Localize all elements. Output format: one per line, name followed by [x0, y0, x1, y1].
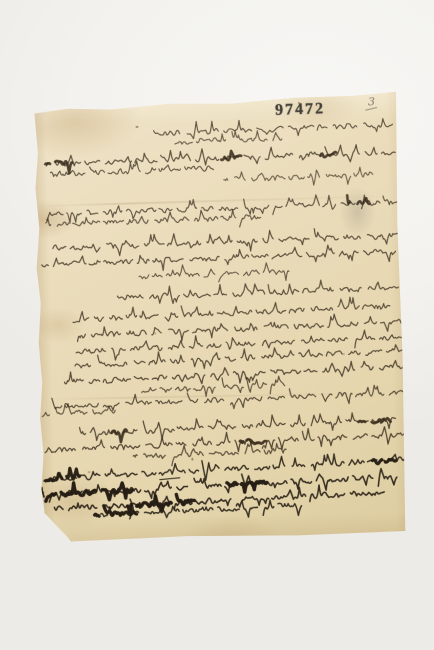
ink-speck	[88, 471, 91, 473]
paper-crease	[45, 392, 393, 401]
handwriting-lines	[31, 92, 407, 543]
ink-speck	[298, 102, 300, 104]
ink-speck	[342, 353, 345, 355]
folded-corner	[44, 511, 73, 543]
photo-background: 97472 3	[0, 0, 434, 650]
paper-crease	[41, 195, 389, 207]
stamp-number: 97472	[275, 100, 326, 120]
page-number-underline	[365, 107, 377, 111]
ink-speck	[154, 332, 156, 334]
ink-speck	[191, 458, 193, 461]
ink-speck	[135, 126, 138, 128]
manuscript-paper: 97472 3	[31, 92, 407, 543]
